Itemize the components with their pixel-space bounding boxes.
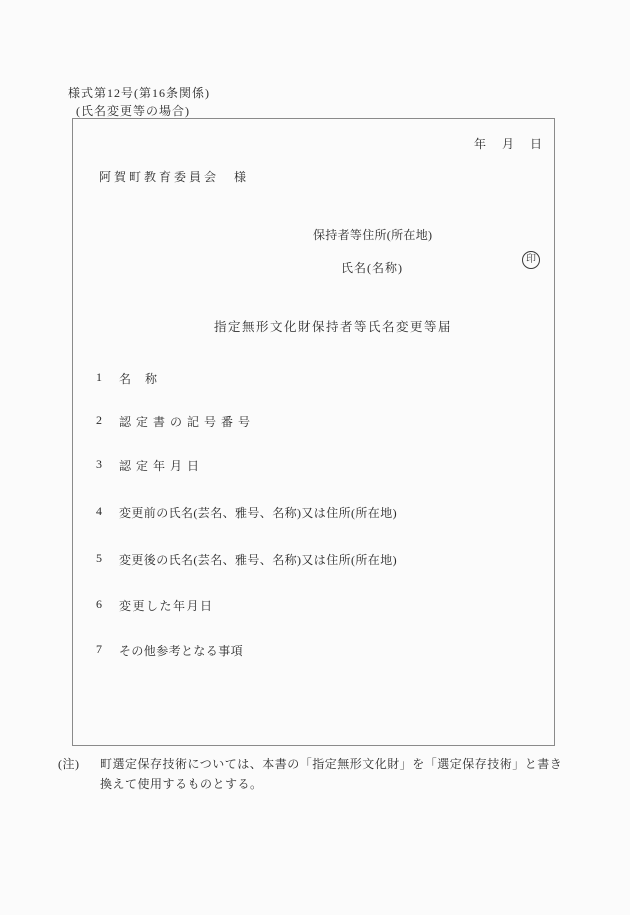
document-page: 様式第12号(第16条関係) (氏名変更等の場合) 年 月 日 阿賀町教育委員会…: [0, 0, 630, 915]
footnote-marker: (注): [58, 755, 80, 772]
addressee: 阿賀町教育委員会 様: [99, 168, 249, 185]
form-number: 様式第12号(第16条関係): [68, 84, 210, 101]
item-label: 変更した年月日: [119, 597, 214, 614]
seal-char: 印: [526, 255, 536, 265]
footnote-line-1: 町選定保存技術については、本書の「指定無形文化財」を「選定保存技術」と書き: [100, 755, 562, 772]
form-case-note: (氏名変更等の場合): [76, 102, 190, 119]
item-number: 3: [96, 457, 102, 472]
item-number: 5: [96, 551, 102, 566]
item-number: 6: [96, 597, 102, 612]
footnote-line-2: 換えて使用するものとする。: [100, 775, 263, 792]
name-label: 氏名(名称): [341, 259, 403, 276]
form-border-box: 年 月 日 阿賀町教育委員会 様 保持者等住所(所在地) 氏名(名称) 印 指定…: [72, 118, 555, 746]
item-number: 4: [96, 504, 102, 519]
item-label: 変更前の氏名(芸名、雅号、名称)又は住所(所在地): [119, 504, 397, 521]
item-label: 名 称: [119, 370, 158, 387]
item-number: 2: [96, 413, 102, 428]
item-number: 7: [96, 642, 102, 657]
seal-icon: 印: [522, 251, 540, 269]
holder-address-label: 保持者等住所(所在地): [313, 226, 432, 243]
document-title: 指定無形文化財保持者等氏名変更等届: [214, 317, 452, 335]
item-number: 1: [96, 370, 102, 385]
item-label: 認定年月日: [119, 457, 204, 474]
item-label: その他参考となる事項: [119, 642, 243, 659]
item-label: 変更後の氏名(芸名、雅号、名称)又は住所(所在地): [119, 551, 397, 568]
item-label: 認定書の記号番号: [119, 413, 255, 430]
date-field: 年 月 日: [474, 135, 544, 152]
